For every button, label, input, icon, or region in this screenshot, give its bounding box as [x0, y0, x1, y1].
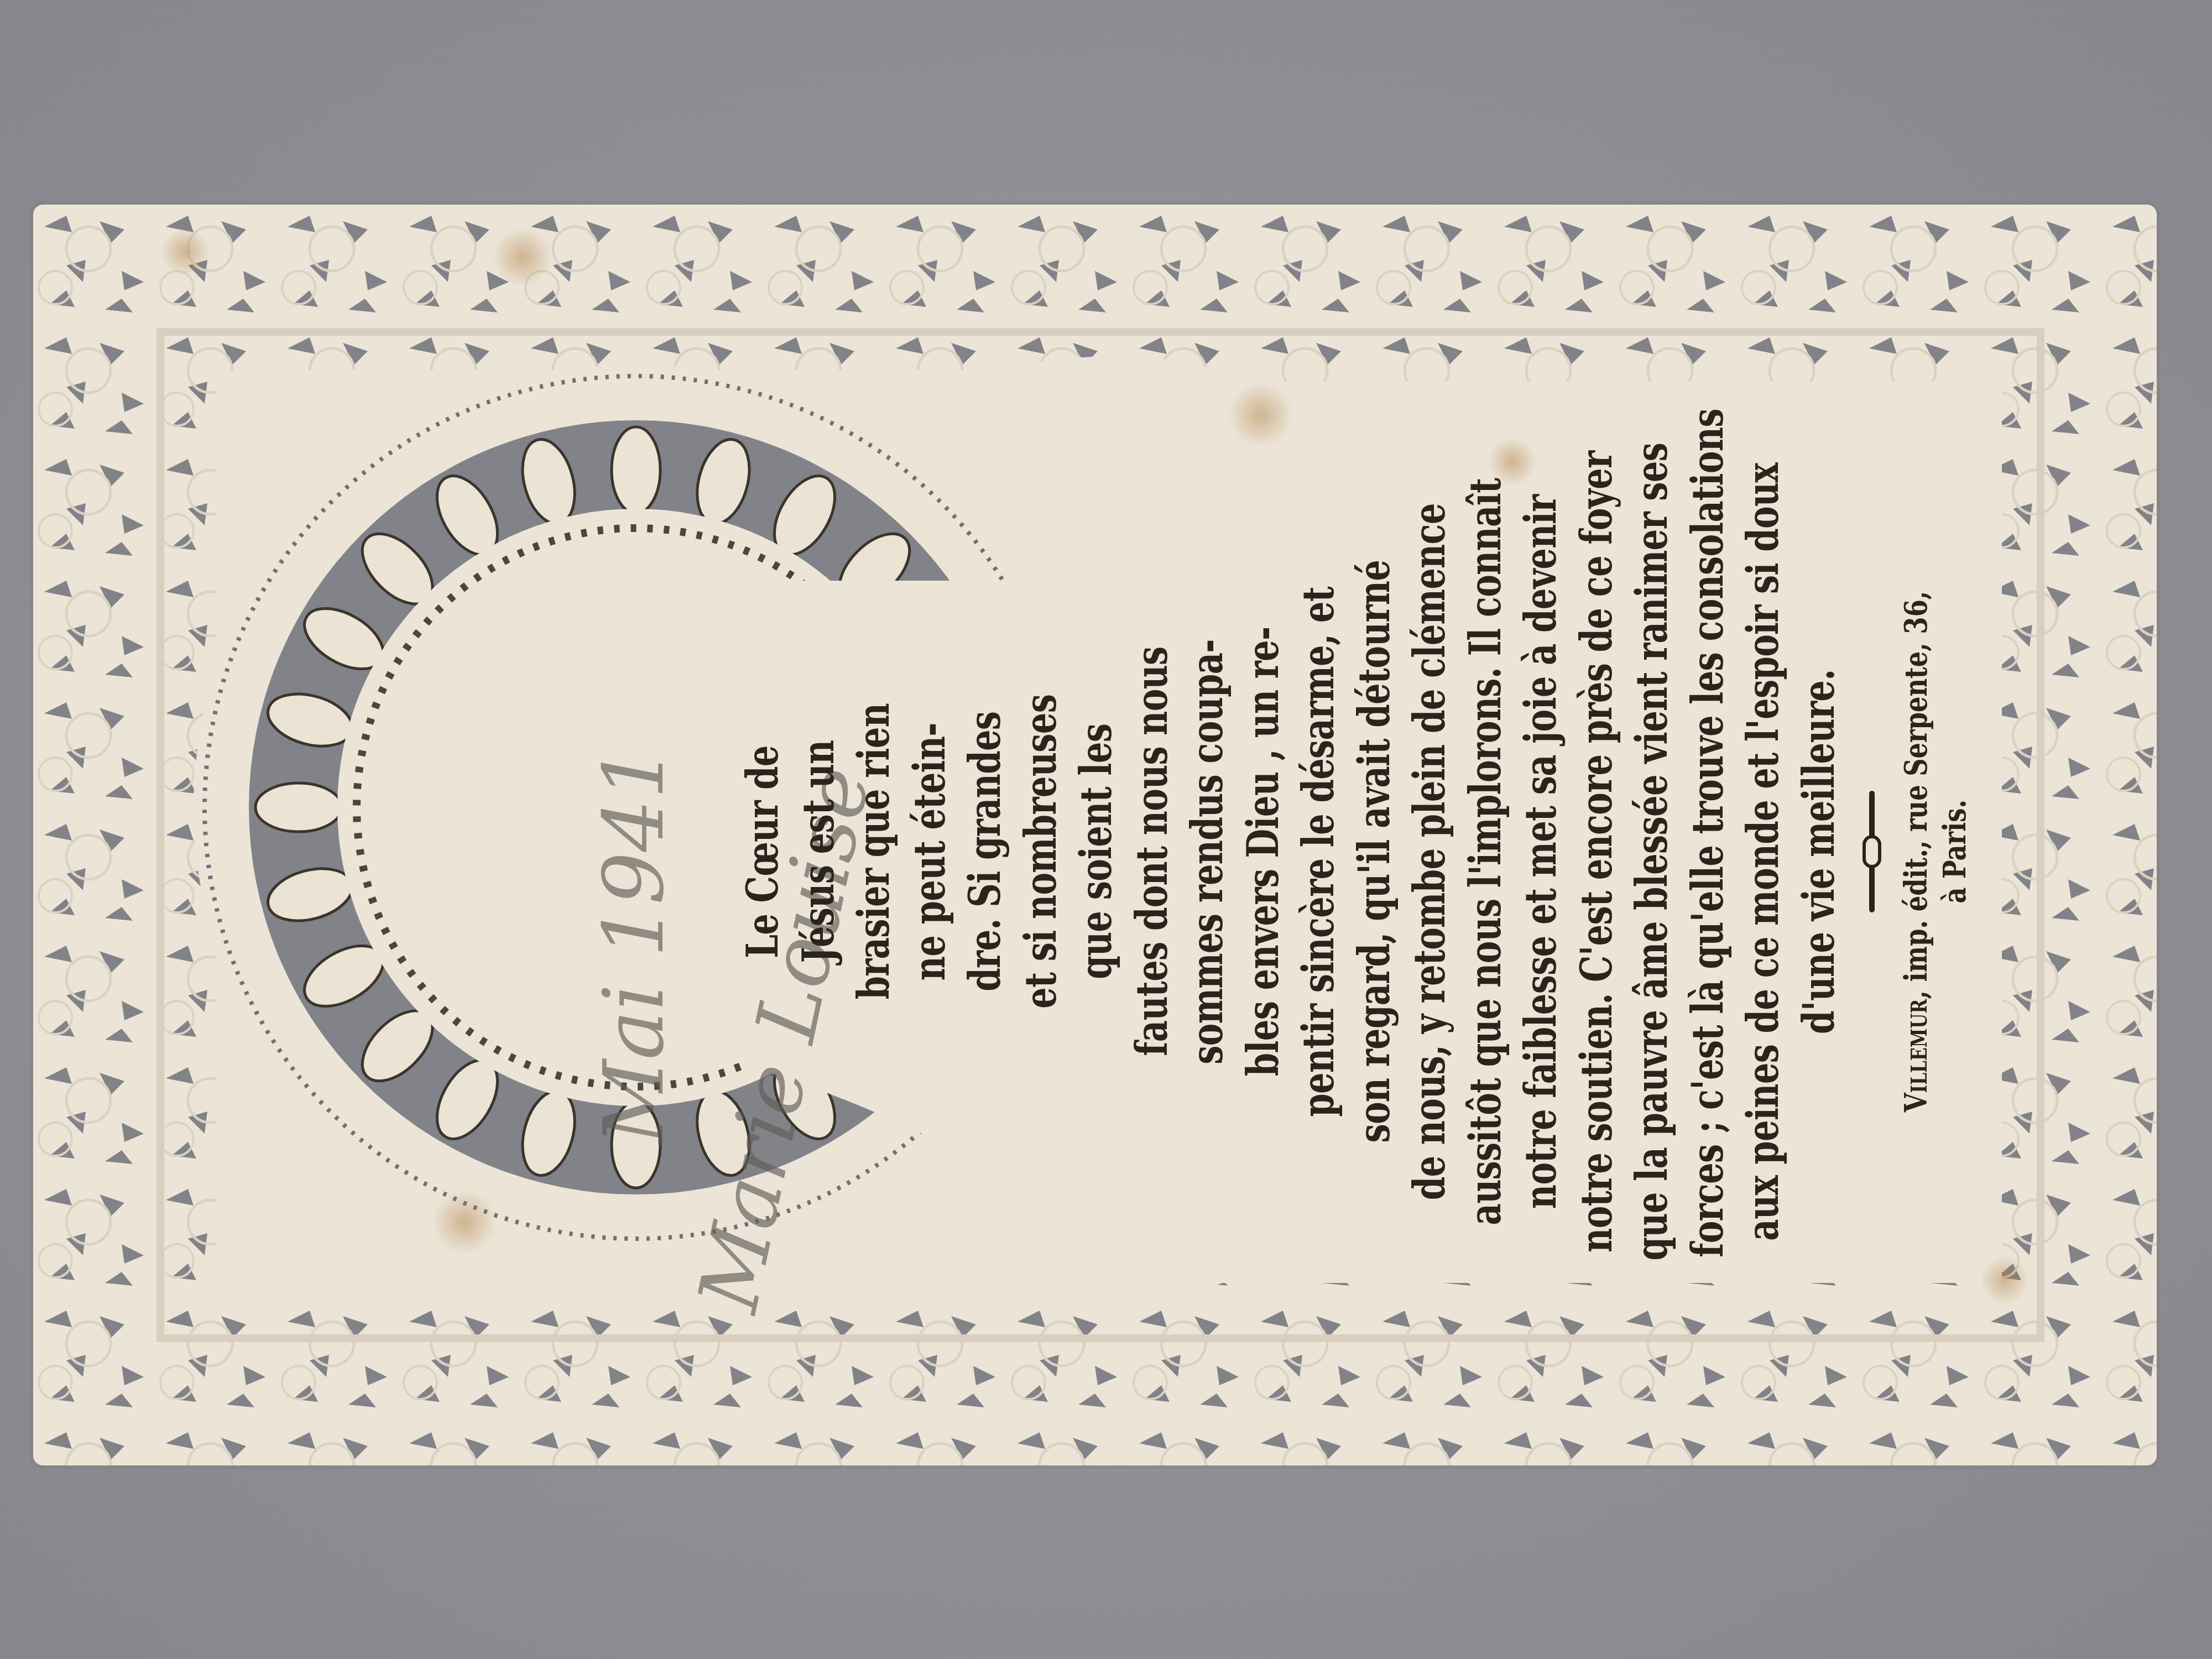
prayer-line: fautes dont nous nous: [1125, 326, 1181, 1377]
prayer-line: pentir sincère le désarme, et: [1291, 326, 1347, 1377]
age-stain: [431, 1189, 498, 1255]
age-stain: [492, 227, 553, 288]
prayer-line: que soient les: [1069, 326, 1125, 1377]
printer-imprint: Villemur, imp. édit., rue Serpente, 36,: [1897, 326, 1936, 1377]
pencil-date: Mai 1941: [586, 747, 682, 1145]
prayer-line: que la pauvre âme blessée vient ranimer …: [1625, 326, 1681, 1377]
prayer-line: Jésus est un: [791, 326, 847, 1377]
prayer-line: de nous, y retombe plein de clémence: [1402, 326, 1458, 1377]
prayer-line: bles envers Dieu , un re-: [1236, 326, 1292, 1377]
printer-imprint-city: à Paris.: [1936, 326, 1974, 1377]
prayer-line: notre soutien. C'est encore près de ce f…: [1569, 326, 1625, 1377]
prayer-line: brasier que rien: [847, 326, 902, 1377]
prayer-line: et si nombreuses: [1014, 326, 1070, 1377]
prayer-line: d'une vie meilleure.: [1792, 326, 1848, 1377]
ornament-divider: [1847, 326, 1897, 1377]
prayer-text-block: Le Cœur de Jésus est un brasier que rien…: [735, 326, 1924, 1377]
prayer-line: notre faiblesse et met sa joie à devenir: [1514, 326, 1569, 1377]
prayer-line: forces ; c'est là qu'elle trouve les con…: [1681, 326, 1736, 1377]
prayer-line: son regard, qu'il avait détourné: [1347, 326, 1403, 1377]
prayer-line: sommes rendus coupa-: [1180, 326, 1236, 1377]
prayer-line: aux peines de ce monde et l'espoir si do…: [1736, 326, 1792, 1377]
prayer-line: Le Cœur de: [735, 326, 791, 1377]
prayer-line: dre. Si grandes: [958, 326, 1014, 1377]
age-stain: [1980, 1255, 2030, 1305]
prayer-line: ne peut étein-: [902, 326, 958, 1377]
age-stain: [160, 227, 210, 276]
prayer-line: aussitôt que nous l'implorons. Il connaî…: [1458, 326, 1514, 1377]
